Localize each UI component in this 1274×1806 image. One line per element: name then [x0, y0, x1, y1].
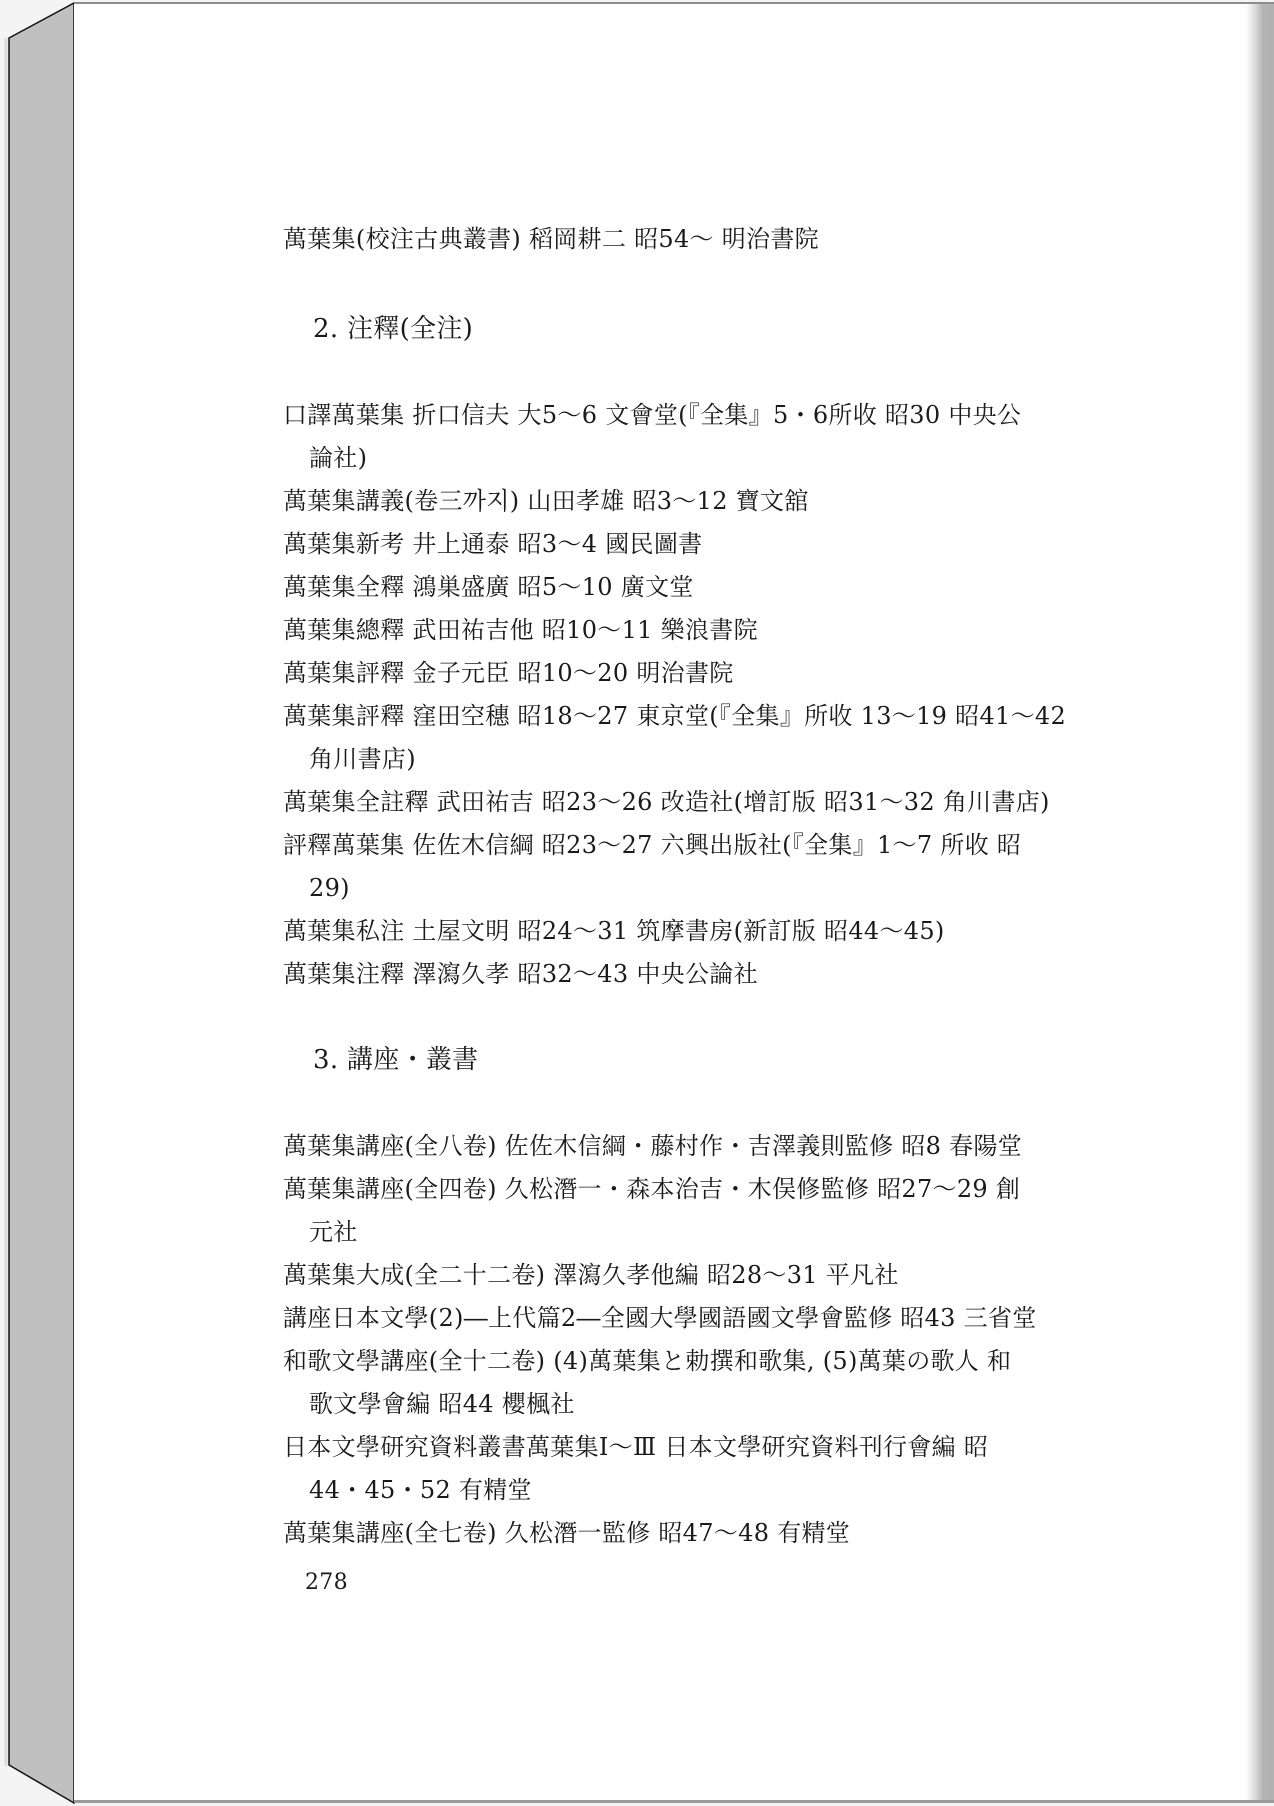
bibliography-entry: 萬葉集全註釋 武田祐吉 昭23～26 改造社(增訂版 昭31～32 角川書店) — [283, 787, 1050, 817]
bibliography-entry: 萬葉集講義(卷三까지) 山田孝雄 昭3～12 寶文舘 — [283, 486, 809, 516]
bibliography-entry-continuation: 44・45・52 有精堂 — [309, 1475, 532, 1505]
bibliography-entry: 萬葉集總釋 武田祐吉他 昭10～11 樂浪書院 — [283, 615, 758, 645]
bibliography-entry-continuation: 元社 — [309, 1217, 358, 1247]
bibliography-entry-continuation: 角川書店) — [309, 744, 416, 774]
bibliography-entry: 評釋萬葉集 佐佐木信綱 昭23～27 六興出版社(『全集』1～7 所收 昭 — [283, 830, 1021, 860]
bibliography-entry: 萬葉集評釋 金子元臣 昭10～20 明治書院 — [283, 658, 734, 688]
bibliography-entry: 講座日本文學(2)―上代篇2―全國大學國語國文學會監修 昭43 三省堂 — [283, 1303, 1037, 1333]
bibliography-entry-continuation: 論社) — [309, 443, 367, 473]
bibliography-entry: 萬葉集新考 井上通泰 昭3～4 國民圖書 — [283, 529, 702, 559]
bibliography-entry: 萬葉集(校注古典叢書) 稻岡耕二 昭54～ 明治書院 — [283, 224, 819, 254]
bibliography-entry-continuation: 歌文學會編 昭44 櫻楓社 — [309, 1389, 575, 1419]
bibliography-entry: 日本文學研究資料叢書萬葉集Ⅰ～Ⅲ 日本文學研究資料刊行會編 昭 — [283, 1432, 988, 1462]
bibliography-entry: 和歌文學講座(全十二卷) (4)萬葉集と勅撰和歌集, (5)萬葉の歌人 和 — [283, 1346, 1011, 1376]
book-spine — [0, 0, 76, 1806]
bibliography-entry: 萬葉集講座(全八卷) 佐佐木信綱・藤村作・吉澤義則監修 昭8 春陽堂 — [283, 1131, 1022, 1161]
bibliography-entry: 萬葉集大成(全二十二卷) 澤瀉久孝他編 昭28～31 平凡社 — [283, 1260, 899, 1290]
bibliography-entry: 口譯萬葉集 折口信夫 大5～6 文會堂(『全集』5・6所收 昭30 中央公 — [283, 400, 1021, 430]
page-edge-shadow — [1246, 4, 1274, 1800]
bibliography-entry: 萬葉集評釋 窪田空穗 昭18～27 東京堂(『全集』所收 13～19 昭41～4… — [283, 701, 1066, 731]
section-heading: 3. 講座・叢書 — [313, 1045, 478, 1075]
bibliography-entry: 萬葉集講座(全四卷) 久松潛一・森本治吉・木俣修監修 昭27～29 創 — [283, 1174, 1020, 1204]
bibliography-entry: 萬葉集私注 土屋文明 昭24～31 筑摩書房(新訂版 昭44～45) — [283, 916, 945, 946]
bibliography-entry: 萬葉集注釋 澤瀉久孝 昭32～43 中央公論社 — [283, 959, 758, 989]
bibliography-entry-continuation: 29) — [309, 873, 350, 903]
bibliography-entry: 萬葉集全釋 鴻巣盛廣 昭5～10 廣文堂 — [283, 572, 694, 602]
bibliography-entry: 萬葉集講座(全七卷) 久松潛一監修 昭47～48 有精堂 — [283, 1518, 850, 1548]
page-number: 278 — [305, 1568, 348, 1598]
section-heading: 2. 注釋(全注) — [313, 314, 473, 344]
